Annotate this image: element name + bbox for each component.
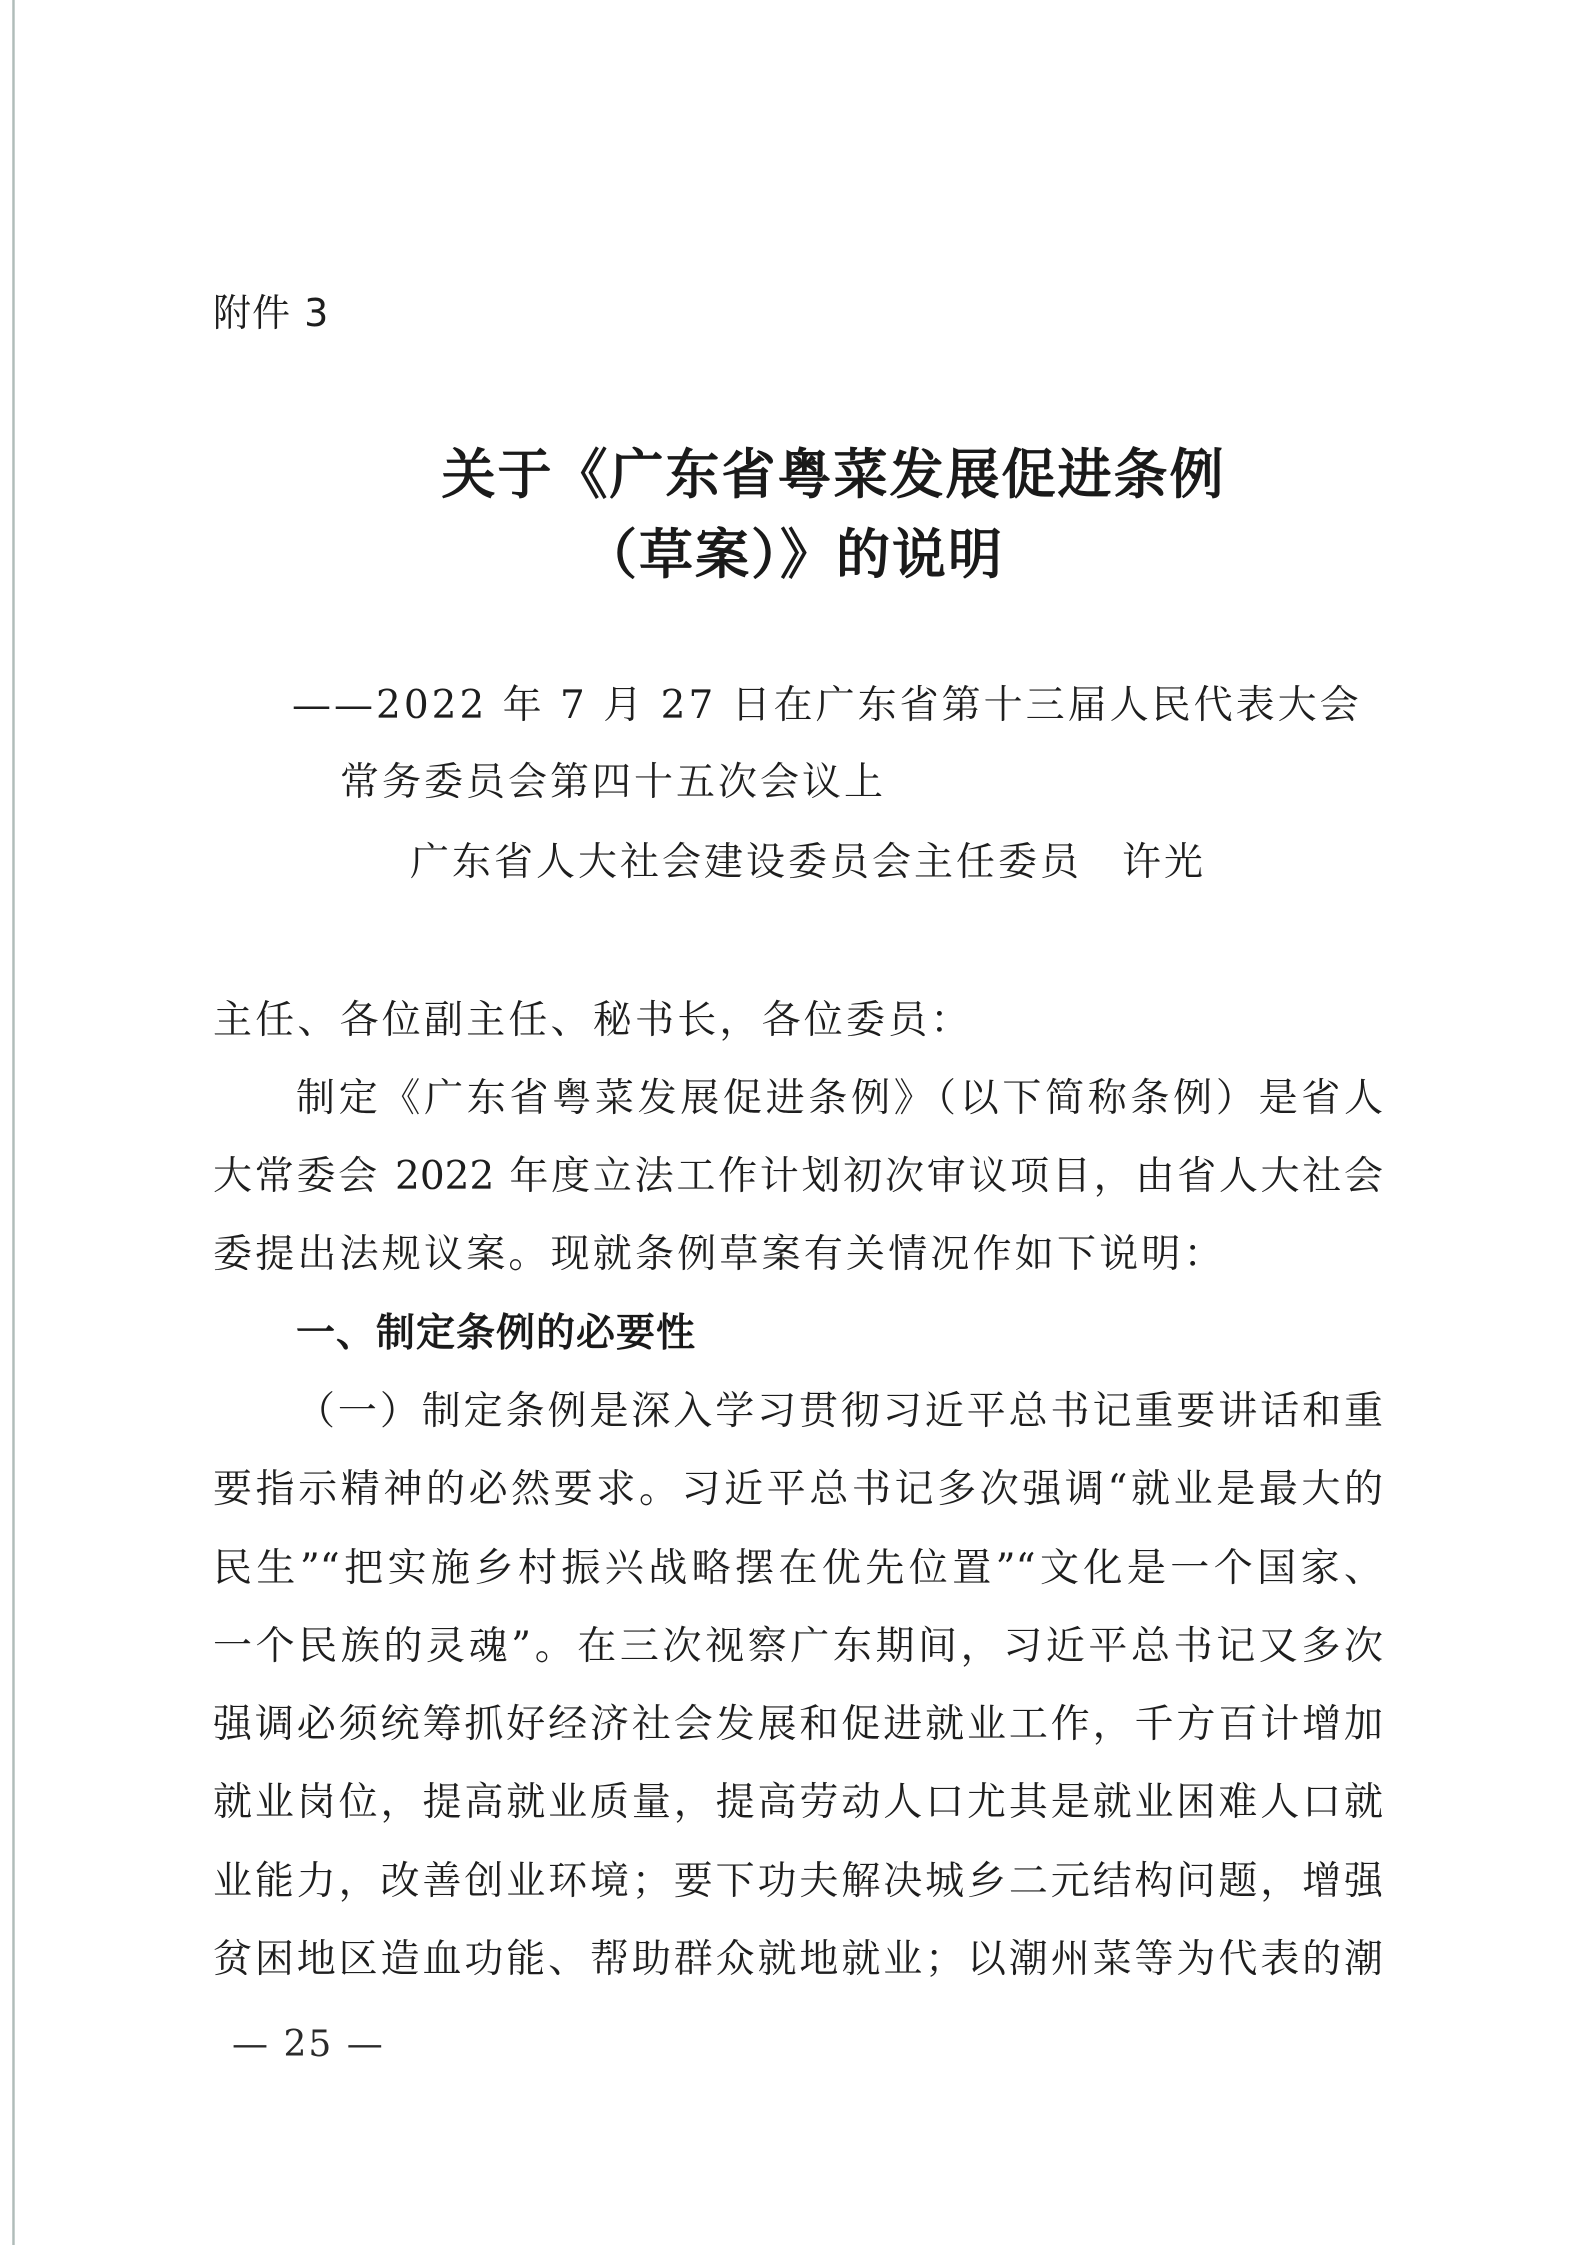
byline-date-venue: ——2022 年 7 月 27 日在广东省第十三届人民代表大会 [292,683,1362,729]
intro-line-3: 委提出法规议案。现就条例草案有关情况作如下说明： [213,1232,1383,1278]
attachment-label: 附件 3 [213,290,329,336]
section-1-heading: 一、制定条例的必要性 [296,1311,696,1357]
paragraph-line-1: （一）制定条例是深入学习贯彻习近平总书记重要讲话和重 [296,1389,1383,1435]
scan-edge-shadow [12,0,15,2245]
byline-meeting: 常务委员会第四十五次会议上 [340,760,886,806]
paragraph-line-8: 贫困地区造血功能、帮助群众就地就业；以潮州菜等为代表的潮 [213,1937,1383,1983]
speaker-name: 许光 [1122,840,1206,885]
document-title-line-2: （草案）》的说明 [0,512,1587,589]
paragraph-line-5: 强调必须统筹抓好经济社会发展和促进就业工作，千方百计增加 [213,1702,1383,1748]
salutation: 主任、各位副主任、秘书长，各位委员： [213,998,1383,1044]
paragraph-line-4: 一个民族的灵魂”。在三次视察广东期间，习近平总书记又多次 [213,1624,1383,1670]
intro-line-2: 大常委会 2022 年度立法工作计划初次审议项目，由省人大社会 [213,1154,1383,1200]
page-number: — 25 — [232,2023,385,2067]
paragraph-line-7: 业能力，改善创业环境；要下功夫解决城乡二元结构问题，增强 [213,1859,1383,1905]
byline-speaker: 广东省人大社会建设委员会主任委员许光 [410,840,1206,886]
intro-line-1: 制定《广东省粤菜发展促进条例》（以下简称条例）是省人 [296,1076,1383,1122]
document-title-line-1: 关于《广东省粤菜发展促进条例 [40,432,1587,509]
paragraph-line-2: 要指示精神的必然要求。习近平总书记多次强调“就业是最大的 [213,1467,1383,1513]
paragraph-line-3: 民生”“把实施乡村振兴战略摆在优先位置”“文化是一个国家、 [213,1546,1383,1592]
speaker-title: 广东省人大社会建设委员会主任委员 [410,840,1082,885]
paragraph-line-6: 就业岗位，提高就业质量，提高劳动人口尤其是就业困难人口就 [213,1780,1383,1826]
